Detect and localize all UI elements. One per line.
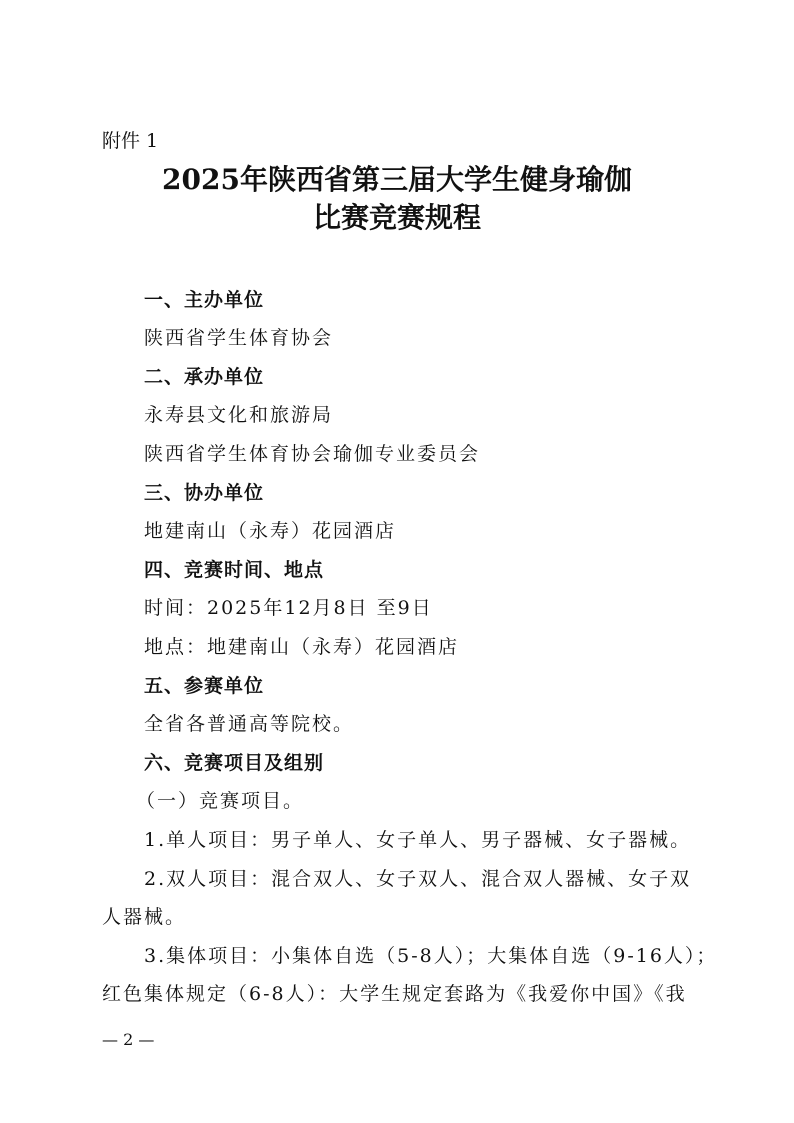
section-heading-participants: 五、参赛单位 bbox=[144, 671, 264, 698]
events-item-1: 1.单人项目：男子单人、女子单人、男子器械、女子器械。 bbox=[144, 825, 691, 852]
document-title-line1: 2025年陕西省第三届大学生健身瑜伽 bbox=[0, 158, 794, 198]
page-number: — 2 — bbox=[102, 1030, 154, 1049]
section-heading-host: 二、承办单位 bbox=[144, 362, 264, 389]
host-text-2: 陕西省学生体育协会瑜伽专业委员会 bbox=[144, 439, 480, 466]
events-item-3: 3.集体项目：小集体自选（5-8人）；大集体自选（9-16人）； bbox=[144, 941, 717, 968]
section-heading-time-place: 四、竞赛时间、地点 bbox=[144, 555, 324, 582]
events-item-3-cont: 红色集体规定（6-8人）：大学生规定套路为《我爱你中国》《我 bbox=[102, 979, 687, 1006]
section-heading-co-organizer: 三、协办单位 bbox=[144, 478, 264, 505]
events-item-2: 2.双人项目：混合双人、女子双人、混合双人器械、女子双 bbox=[144, 864, 691, 891]
document-title-line2: 比赛竞赛规程 bbox=[0, 196, 794, 236]
co-organizer-text: 地建南山（永寿）花园酒店 bbox=[144, 516, 396, 543]
section-heading-events: 六、竞赛项目及组别 bbox=[144, 748, 324, 775]
time-text: 时间：2025年12月8日 至9日 bbox=[144, 593, 433, 620]
organizer-text: 陕西省学生体育协会 bbox=[144, 323, 333, 350]
host-text-1: 永寿县文化和旅游局 bbox=[144, 400, 333, 427]
attachment-label: 附件 1 bbox=[102, 126, 158, 153]
section-heading-organizer: 一、主办单位 bbox=[144, 285, 264, 312]
events-subheading: （一）竞赛项目。 bbox=[136, 786, 304, 813]
participants-text: 全省各普通高等院校。 bbox=[144, 709, 354, 736]
events-item-2-cont: 人器械。 bbox=[102, 902, 186, 929]
place-text: 地点：地建南山（永寿）花园酒店 bbox=[144, 632, 459, 659]
